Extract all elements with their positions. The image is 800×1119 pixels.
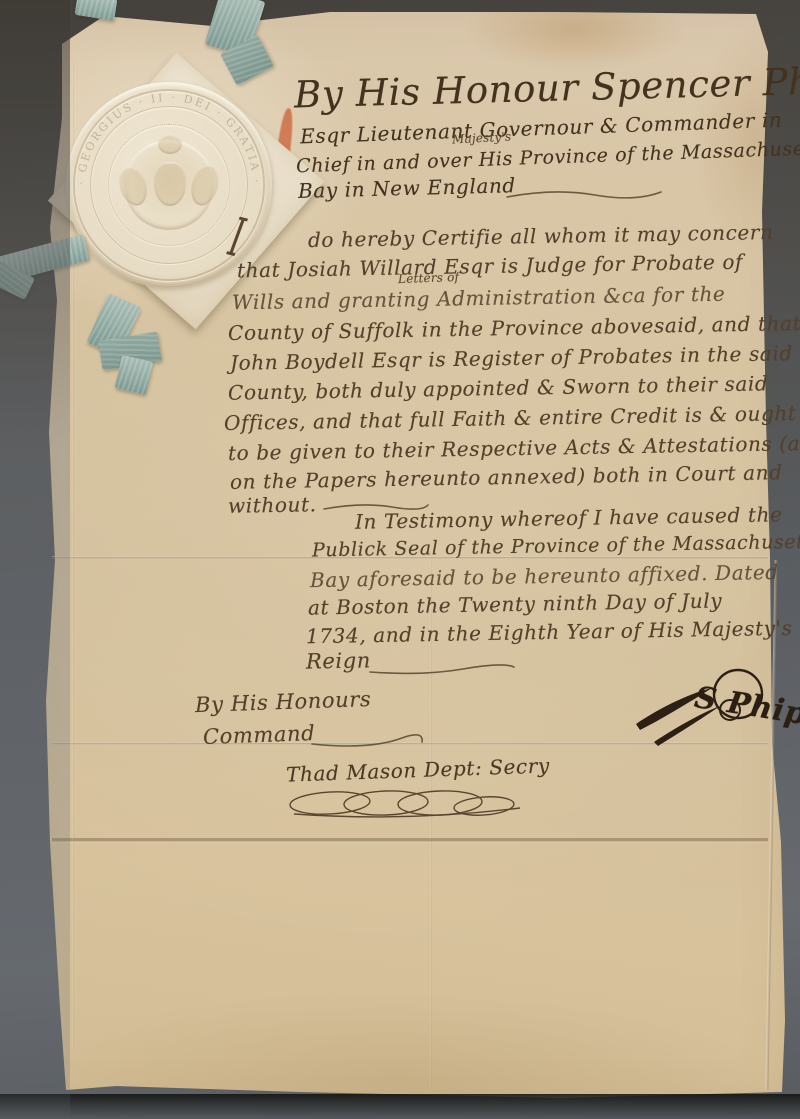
fold-crease: [52, 838, 768, 843]
ribbon-top-left: [75, 0, 118, 21]
pen-flourish: [368, 662, 518, 678]
svg-text:· GEORGIUS · II · DEI · GRATIA: · GEORGIUS · II · DEI · GRATIA ·: [75, 91, 263, 185]
paper-bottom-shadow: [0, 1094, 800, 1119]
photograph-of-manuscript: · GEORGIUS · II · DEI · GRATIA · By His …: [0, 0, 800, 1119]
pen-flourish: [310, 726, 430, 750]
seal-legend-text: · GEORGIUS · II · DEI · GRATIA ·: [75, 91, 263, 185]
embossed-royal-seal: · GEORGIUS · II · DEI · GRATIA ·: [66, 82, 272, 288]
pen-flourish: [505, 186, 665, 202]
secretary-signature-flourish: [288, 788, 528, 822]
attestation-line-2: Command: [203, 721, 316, 749]
interlinear-insertion-letters-of: Letters of: [398, 270, 460, 286]
seal-legend-arc: · GEORGIUS · II · DEI · GRATIA ·: [66, 82, 272, 288]
body-line-10: without.: [228, 492, 317, 518]
testimony-line-6: Reign: [306, 648, 371, 673]
